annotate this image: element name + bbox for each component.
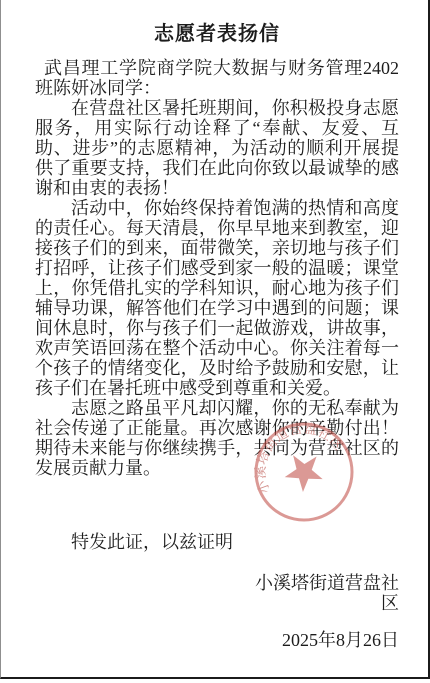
body-paragraph-3: 志愿之路虽平凡却闪耀，你的无私奉献为社会传递了正能量。再次感谢你的辛勤付出！期待…: [35, 398, 399, 478]
date: 2025年8月26日: [35, 630, 399, 650]
signature-block: 小溪塔街道营盘社 区: [35, 573, 399, 613]
signature-org-line-1: 小溪塔街道营盘社: [35, 573, 399, 593]
page-title: 志愿者表扬信: [35, 23, 399, 45]
salutation-line: 武昌理工学院商学院大数据与财务管理2402班陈妍冰同学：: [35, 58, 399, 98]
body-paragraph-2: 活动中，你始终保持着饱满的热情和高度的责任心。每天清晨，你早早地来到教室，迎接孩…: [35, 198, 399, 398]
body-paragraph-1: 在营盘社区暑托班期间，你积极投身志愿服务，用实际行动诠释了“奉献、友爱、互助、进…: [35, 98, 399, 198]
closing-statement: 特发此证，以兹证明: [35, 532, 399, 552]
commendation-letter-page: 志愿者表扬信 武昌理工学院商学院大数据与财务管理2402班陈妍冰同学： 在营盘社…: [0, 0, 430, 679]
signature-org-line-2: 区: [35, 593, 399, 613]
